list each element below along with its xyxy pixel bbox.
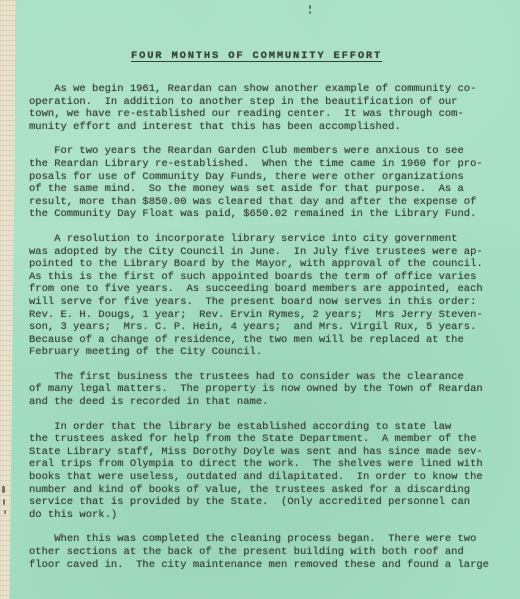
paragraph: The first business the trustees had to c…: [29, 371, 497, 409]
scan-speck: [309, 11, 311, 14]
scan-speck: [2, 486, 5, 493]
document-body: As we begin 1961, Reardan can show anoth…: [29, 83, 497, 583]
paragraph: As we begin 1961, Reardan can show anoth…: [29, 83, 497, 133]
scan-speck: [3, 499, 5, 505]
paragraph: When this was completed the cleaning pro…: [29, 533, 497, 571]
paragraph: A resolution to incorporate library serv…: [29, 233, 497, 359]
scanned-document: FOUR MONTHS OF COMMUNITY EFFORT As we be…: [0, 0, 520, 599]
document-title: FOUR MONTHS OF COMMUNITY EFFORT: [131, 50, 382, 62]
paper-background: FOUR MONTHS OF COMMUNITY EFFORT As we be…: [0, 0, 520, 599]
scan-speck: [309, 5, 311, 9]
scan-speck: [4, 510, 6, 514]
paragraph: In order that the library be established…: [29, 421, 497, 522]
paragraph: For two years the Reardan Garden Club me…: [29, 145, 497, 221]
